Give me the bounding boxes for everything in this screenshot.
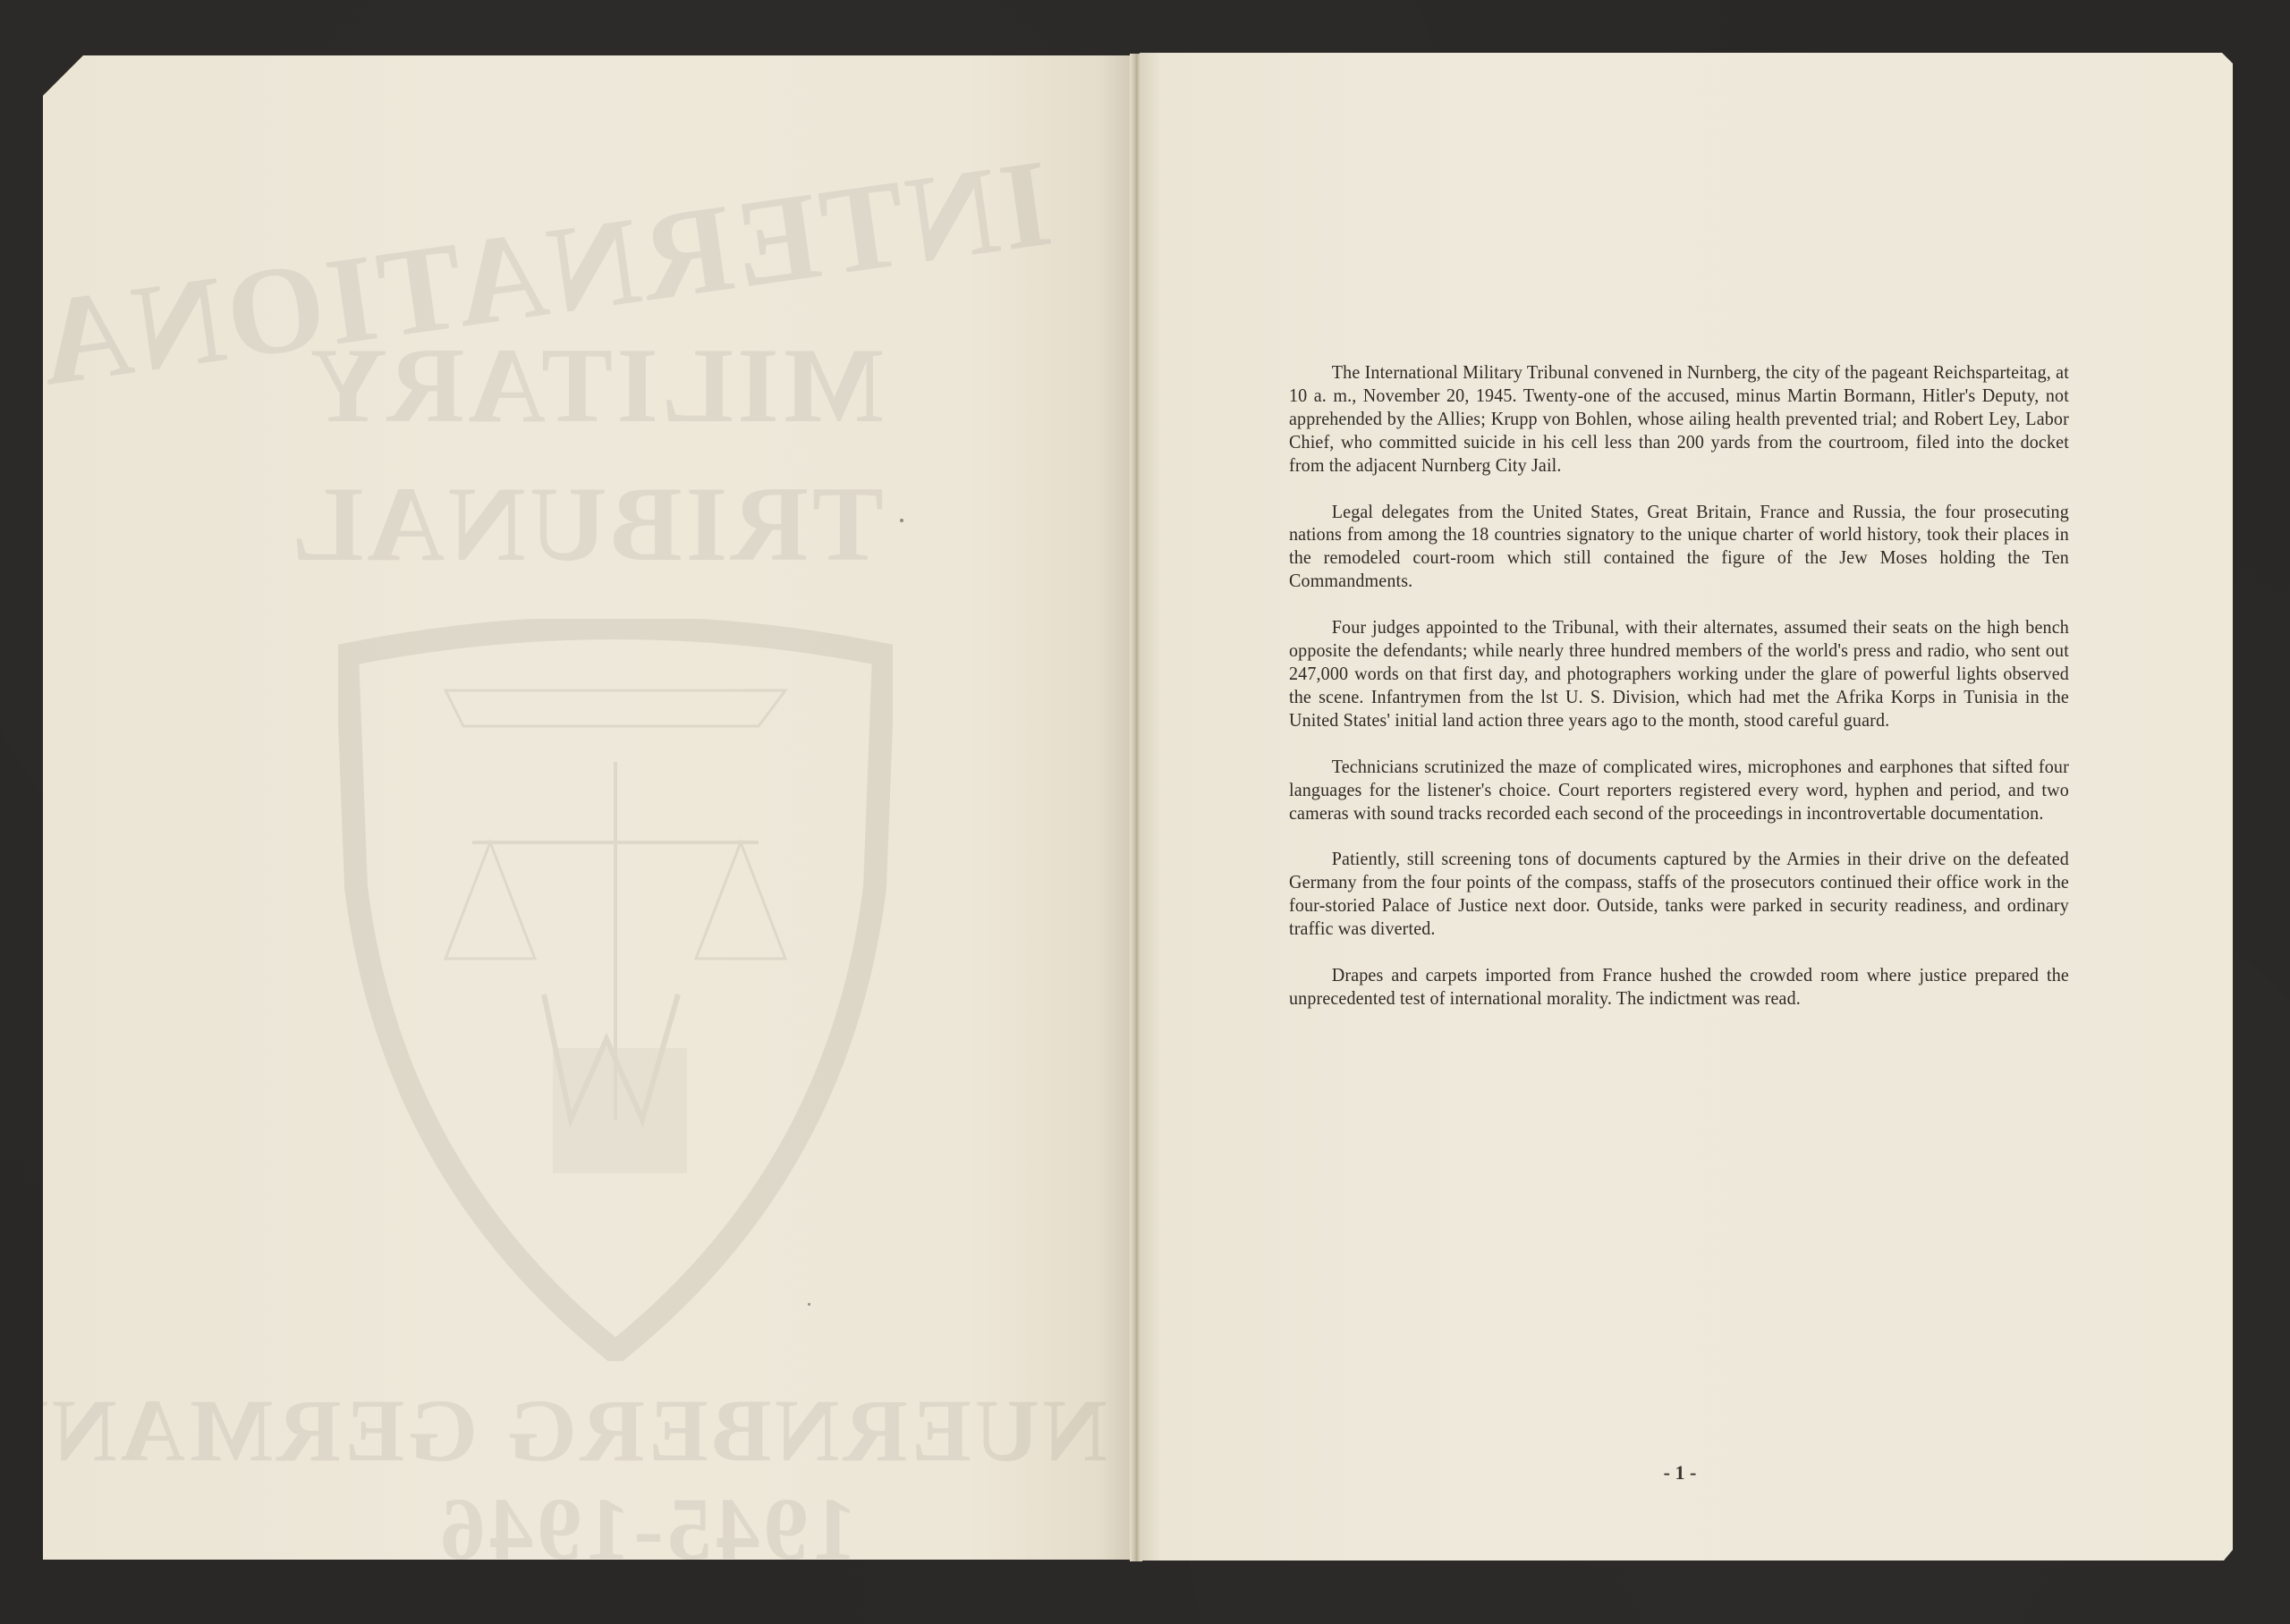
bleed-through-title-line-2: MILITARY (347, 324, 884, 447)
paragraph-5: Patiently, still screening tons of docum… (1289, 848, 2069, 941)
shield-emblem-icon (338, 619, 893, 1361)
paragraph-6: Drapes and carpets imported from France … (1289, 964, 2069, 1011)
article-body: The International Military Tribunal conv… (1289, 361, 2069, 1034)
paragraph-3: Four judges appointed to the Tribunal, w… (1289, 616, 2069, 732)
left-page: INTERNATIONAL MILITARY TRIBUNAL NUERNBER… (43, 55, 1132, 1560)
paper-speck (900, 519, 903, 522)
page-number: - 1 - (1635, 1461, 1725, 1484)
paragraph-1: The International Military Tribunal conv… (1289, 361, 2069, 478)
paper-speck (808, 1303, 810, 1306)
paragraph-2: Legal delegates from the United States, … (1289, 501, 2069, 594)
paragraph-4: Technicians scrutinized the maze of comp… (1289, 756, 2069, 825)
bleed-through-title-line-3: TRIBUNAL (347, 462, 884, 586)
bleed-through-place: NUERNBERG GERMANY (177, 1379, 1107, 1482)
